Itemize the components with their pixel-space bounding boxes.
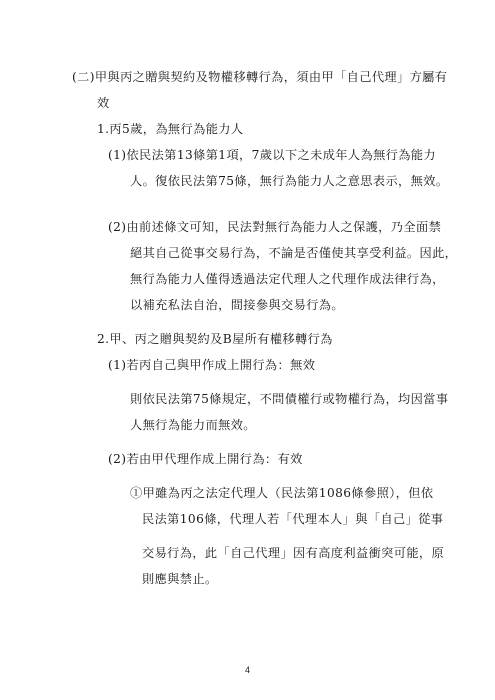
page-number: 4 xyxy=(0,665,495,675)
item-2-2-point-1-continuation: 民法第106條，代理人若「代理本人」與「自己」從事 xyxy=(142,512,443,526)
document-page: (二)甲與丙之贈與契約及物權移轉行為，須由甲「自己代理」方屬有 效 1.丙5歲，… xyxy=(0,0,495,700)
item-2-1-heading: (1)若丙自己與甲作成上開行為：無效 xyxy=(108,358,315,372)
item-1-heading: 1.丙5歲，為無行為能力人 xyxy=(97,122,243,136)
item-2-2-point-1-continuation: 交易行為，此「自己代理」因有高度利益衝突可能，原 xyxy=(142,546,444,560)
item-2-2-point-1: ①甲雖為丙之法定代理人（民法第1086條參照），但依 xyxy=(130,486,433,500)
item-1-1-text: (1)依民法第13條第1項，7歲以下之未成年人為無行為能力 xyxy=(108,148,436,162)
item-1-2-text: (2)由前述條文可知，民法對無行為能力人之保護，乃全面禁 xyxy=(108,220,441,234)
item-2-1-text: 則依民法第75條規定，不問債權行或物權行為，均因當事 xyxy=(130,392,448,406)
item-1-2-text-continuation: 以補充私法自治，間接參與交易行為。 xyxy=(130,298,344,312)
section-heading: (二)甲與丙之贈與契約及物權移轉行為，須由甲「自己代理」方屬有 xyxy=(72,70,447,84)
item-2-2-point-1-continuation: 則應與禁止。 xyxy=(142,572,218,586)
item-2-heading: 2.甲、丙之贈與契約及B屋所有權移轉行為 xyxy=(97,332,333,346)
item-2-2-heading: (2)若由甲代理作成上開行為：有效 xyxy=(108,452,303,466)
item-1-2-text-continuation: 絕其自己從事交易行為，不論是否僅使其享受利益。因此， xyxy=(130,246,457,260)
item-1-1-text-continuation: 人。復依民法第75條，無行為能力人之意思表示，無效。 xyxy=(130,174,448,188)
item-2-1-text-continuation: 人無行為能力而無效。 xyxy=(130,418,256,432)
section-heading-continuation: 效 xyxy=(97,96,110,110)
item-1-2-text-continuation: 無行為能力人僅得透過法定代理人之代理作成法律行為， xyxy=(130,272,445,286)
